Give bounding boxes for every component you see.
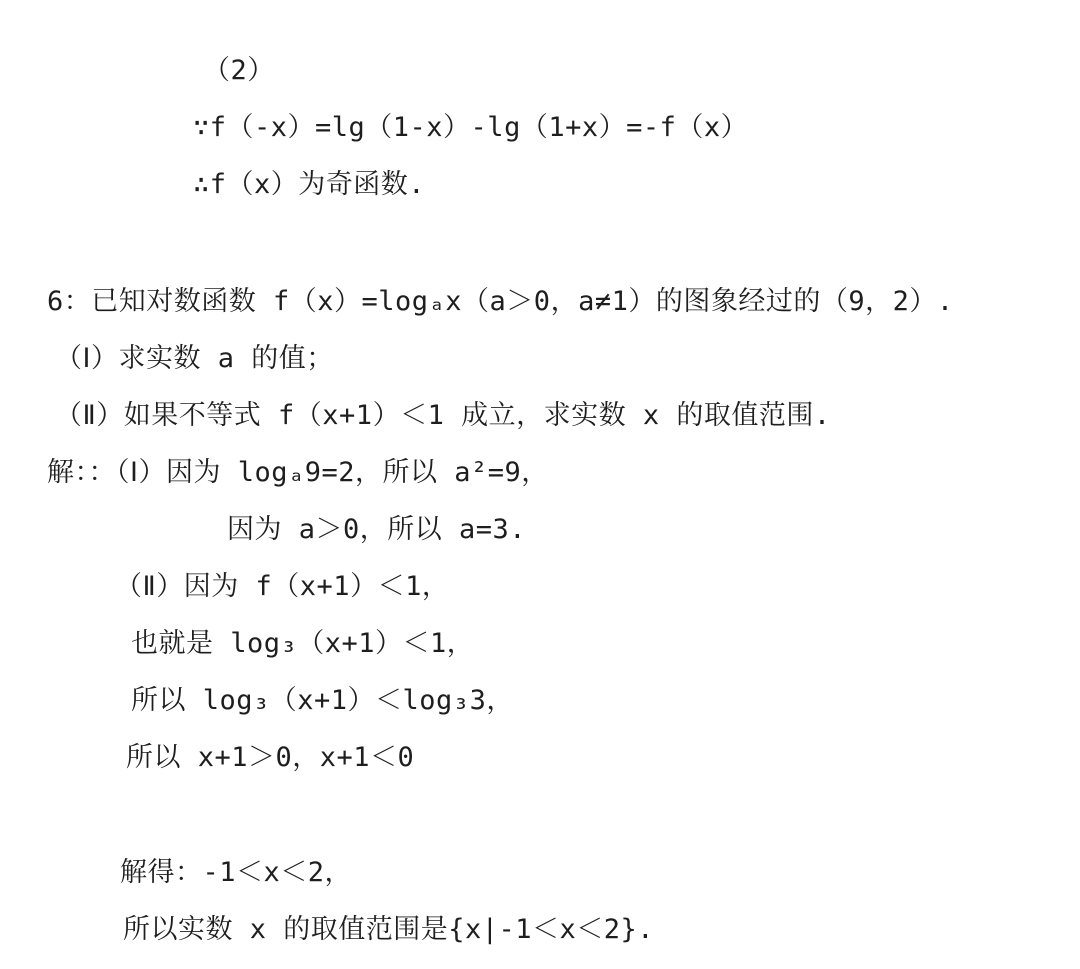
doc-line-question-part-1: （Ⅰ）求实数 a 的值； (0, 330, 1080, 387)
doc-line-solution-part1-step2: 因为 a＞0，所以 a=3. (0, 501, 1080, 558)
solution-text-block: （2）∵f（-x）=lg（1-x）-lg（1+x）=-f（x）∴f（x）为奇函数… (0, 0, 1080, 958)
doc-line-solution-conclusion-2: 所以实数 x 的取值范围是{x|-1＜x＜2}. (0, 901, 1080, 958)
doc-line-solution-part2-step1: （Ⅱ）因为 f（x+1）＜1， (0, 558, 1080, 615)
doc-line-part-2-label: （2） (0, 42, 1080, 99)
doc-line-solution-conclusion-1: 解得：-1＜x＜2， (0, 844, 1080, 901)
doc-line-because-odd-check: ∵f（-x）=lg（1-x）-lg（1+x）=-f（x） (0, 99, 1080, 156)
doc-line-problem-6-statement: 6：已知对数函数 f（x）=logₐx（a＞0，a≠1）的图象经过的（9，2）. (0, 273, 1080, 330)
doc-line-therefore-odd-function: ∴f（x）为奇函数. (0, 156, 1080, 213)
doc-line-question-part-2: （Ⅱ）如果不等式 f（x+1）＜1 成立，求实数 x 的取值范围. (0, 387, 1080, 444)
worksheet-page: （2）∵f（-x）=lg（1-x）-lg（1+x）=-f（x）∴f（x）为奇函数… (0, 0, 1080, 969)
doc-line-solution-part2-step3: 所以 log₃（x+1）＜log₃3， (0, 672, 1080, 729)
doc-line-solution-part2-step2: 也就是 log₃（x+1）＜1， (0, 615, 1080, 672)
doc-line-solution-part1-step1: 解：：（Ⅰ）因为 logₐ9=2，所以 a²=9， (0, 444, 1080, 501)
doc-line-solution-part2-step4: 所以 x+1＞0，x+1＜0 (0, 729, 1080, 786)
